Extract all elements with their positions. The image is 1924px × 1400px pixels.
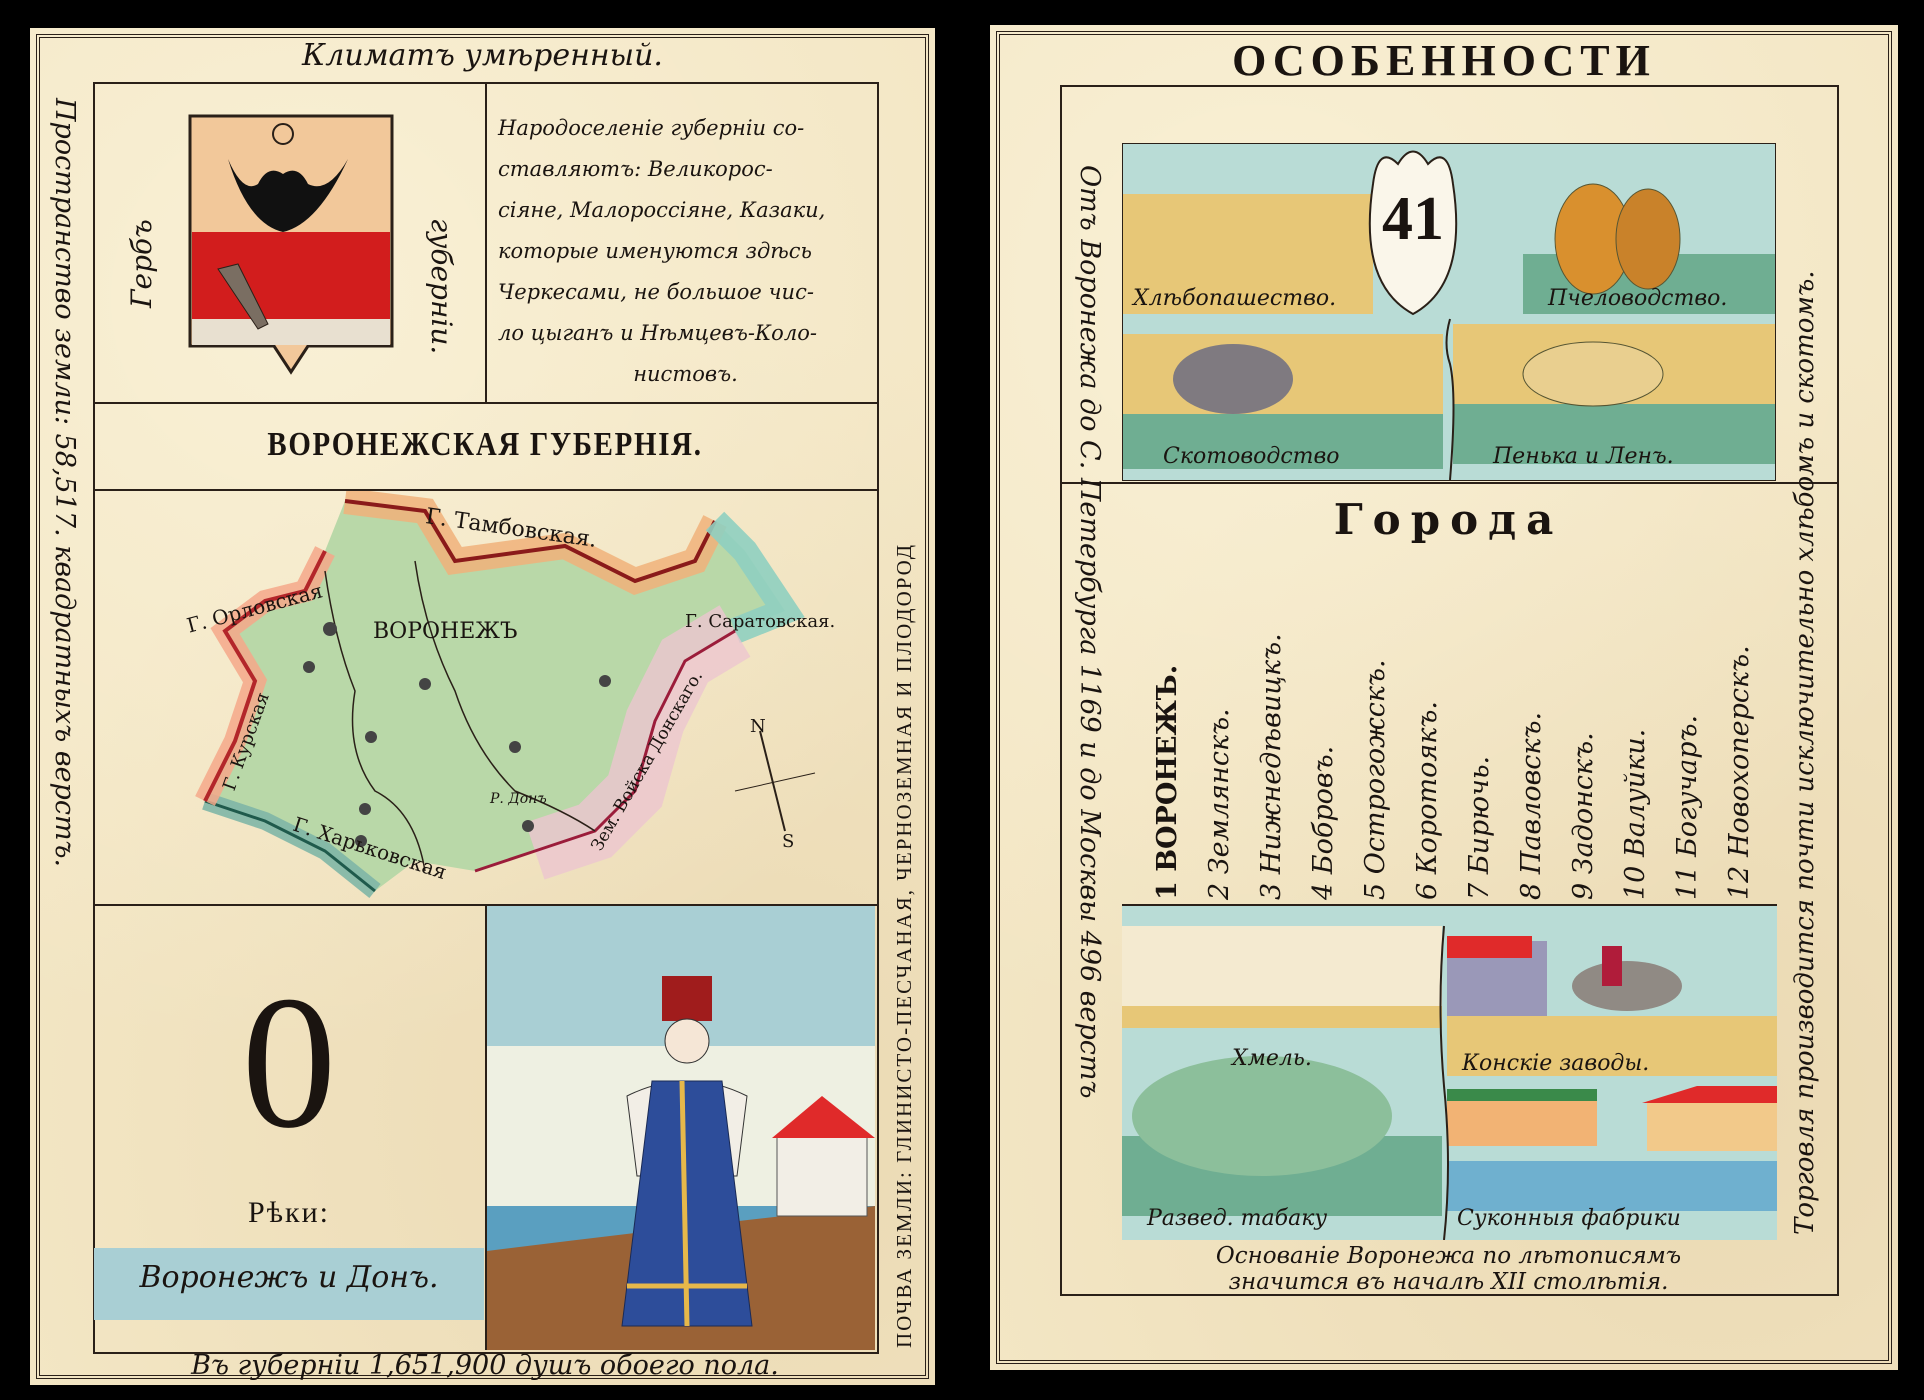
city-number: 2 bbox=[1204, 883, 1235, 900]
city-name: Землянскъ. bbox=[1204, 708, 1235, 874]
text-line: ло цыганъ и Нѣмцевъ-Коло- bbox=[498, 313, 873, 354]
city-item: 2 Землянскъ. bbox=[1204, 708, 1235, 900]
feature-label: Пчеловодство. bbox=[1548, 286, 1727, 311]
city-number: 12 bbox=[1724, 866, 1755, 900]
city-number: 11 bbox=[1672, 866, 1703, 900]
card-number: 41 bbox=[1373, 184, 1453, 255]
feature-label: Пенька и Ленъ. bbox=[1493, 444, 1674, 469]
city-item: 9 Задонскъ. bbox=[1568, 732, 1599, 900]
city-number: 7 bbox=[1464, 883, 1495, 900]
population-total: Въ губерніи 1,651,900 душъ обоего пола. bbox=[93, 1350, 877, 1381]
feature-label: Хлѣбопашество. bbox=[1133, 286, 1336, 311]
feature-label: Конскіе заводы. bbox=[1462, 1051, 1649, 1076]
text-line: Черкесами, не большое чис- bbox=[498, 272, 873, 313]
city-number: 1 bbox=[1152, 881, 1183, 900]
province-card-back: ОСОБЕННОСТИ 41 Хлѣбопашество. Пчеловодст… bbox=[990, 25, 1898, 1370]
card-value: 0 bbox=[93, 968, 485, 1158]
cities-heading: Города bbox=[1060, 495, 1837, 544]
divider bbox=[93, 402, 877, 404]
city-number: 9 bbox=[1568, 883, 1599, 900]
city-name: Нижнедѣвицкъ. bbox=[1256, 633, 1287, 874]
feature-label: Хмель. bbox=[1232, 1046, 1312, 1071]
coat-label-left: Гербъ bbox=[125, 219, 158, 308]
text-line: значится въ началѣ XII столѣтія. bbox=[1060, 1269, 1837, 1295]
province-card-front: Климатъ умѣренный. Гербъ губерніи. Народ… bbox=[30, 28, 935, 1385]
text-line: Народоселеніе губерніи со- bbox=[498, 108, 873, 149]
city-name: Новохоперскъ. bbox=[1724, 645, 1755, 857]
compass-north: N bbox=[750, 716, 766, 737]
text-line: Основаніе Воронежа по лѣтописямъ bbox=[1060, 1243, 1837, 1269]
city-item: 8 Павловскъ. bbox=[1516, 712, 1547, 900]
text-line: ставляютъ: Великорос- bbox=[498, 149, 873, 190]
city-number: 10 bbox=[1620, 866, 1651, 900]
features-top-illustration: 41 Хлѣбопашество. Пчеловодство. Скотовод… bbox=[1122, 143, 1776, 481]
city-name: Коротоякъ. bbox=[1412, 701, 1443, 874]
coat-label-right: губерніи. bbox=[425, 218, 458, 354]
soil-text: ПОЧВА ЗЕМЛИ: ГЛИНИСТО-ПЕСЧАНАЯ, ЧЕРНОЗЕМ… bbox=[892, 543, 917, 1348]
cities-list: 1 ВОРОНЕЖЪ. 2 Землянскъ. 3 Нижнедѣвицкъ.… bbox=[1122, 580, 1774, 900]
city-item: 3 Нижнедѣвицкъ. bbox=[1256, 633, 1287, 900]
costume-illustration bbox=[487, 906, 875, 1350]
province-map: Г. Тамбовская. Г. Орловская ВОРОНЕЖЪ Г. … bbox=[95, 491, 875, 904]
city-number: 5 bbox=[1360, 883, 1391, 900]
text-line: которые именуются здѣсь bbox=[498, 231, 873, 272]
city-name: Павловскъ. bbox=[1516, 712, 1547, 874]
rivers-label: Рѣки: bbox=[93, 1196, 485, 1230]
rivers-value: Воронежъ и Донъ. bbox=[94, 1248, 484, 1320]
city-name: Бирючь. bbox=[1464, 756, 1495, 874]
city-number: 4 bbox=[1308, 883, 1339, 900]
city-number: 6 bbox=[1412, 883, 1443, 900]
feature-label: Суконныя фабрики bbox=[1457, 1206, 1681, 1231]
city-item: 12 Новохоперскъ. bbox=[1724, 645, 1755, 900]
city-name: ВОРОНЕЖЪ. bbox=[1152, 665, 1183, 872]
city-number: 3 bbox=[1256, 883, 1287, 900]
feature-label: Скотоводство bbox=[1163, 444, 1340, 469]
compass-south: S bbox=[782, 831, 794, 852]
city-name: Богучаръ. bbox=[1672, 715, 1703, 857]
city-item: 11 Богучаръ. bbox=[1672, 715, 1703, 900]
city-name: Бобровъ. bbox=[1308, 746, 1339, 874]
city-item: 4 Бобровъ. bbox=[1308, 746, 1339, 900]
city-number: 8 bbox=[1516, 883, 1547, 900]
text-line: нистовъ. bbox=[498, 354, 873, 395]
features-title: ОСОБЕННОСТИ bbox=[990, 35, 1898, 86]
climate-heading: Климатъ умѣренный. bbox=[30, 38, 935, 73]
population-description: Народоселеніе губерніи со- ставляютъ: Ве… bbox=[498, 108, 873, 395]
coat-of-arms bbox=[188, 114, 394, 376]
city-item: 6 Коротоякъ. bbox=[1412, 701, 1443, 900]
city-item: 1 ВОРОНЕЖЪ. bbox=[1152, 665, 1183, 900]
area-text: Пространство земли: 58,517. квадратныхъ … bbox=[49, 98, 80, 867]
features-bottom-illustration: Хмель. Конскіе заводы. Развед. табаку Су… bbox=[1122, 906, 1777, 1240]
founding-text: Основаніе Воронежа по лѣтописямъ значитс… bbox=[1060, 1243, 1837, 1295]
trade-text: Торговля производится почти исключительн… bbox=[1790, 270, 1820, 1235]
city-item: 5 Острогожскъ. bbox=[1360, 659, 1391, 900]
city-item: 10 Валуйки. bbox=[1620, 729, 1651, 900]
divider bbox=[1060, 482, 1837, 484]
province-title: ВОРОНЕЖСКАЯ ГУБЕРНІЯ. bbox=[152, 426, 818, 464]
text-line: сіяне, Малороссіяне, Казаки, bbox=[498, 190, 873, 231]
city-name: Острогожскъ. bbox=[1360, 659, 1391, 874]
city-item: 7 Бирючь. bbox=[1464, 756, 1495, 900]
distance-text: Отъ Воронежа до С. Петербурга 1169 и до … bbox=[1074, 165, 1105, 1098]
map-label-river-don: Р. Донъ bbox=[490, 791, 547, 807]
map-label-saratov: Г. Саратовская. bbox=[685, 611, 835, 632]
map-label-capital: ВОРОНЕЖЪ bbox=[373, 619, 517, 644]
feature-label: Развед. табаку bbox=[1147, 1206, 1327, 1231]
divider bbox=[485, 82, 487, 402]
city-name: Задонскъ. bbox=[1568, 732, 1599, 874]
city-name: Валуйки. bbox=[1620, 729, 1651, 857]
